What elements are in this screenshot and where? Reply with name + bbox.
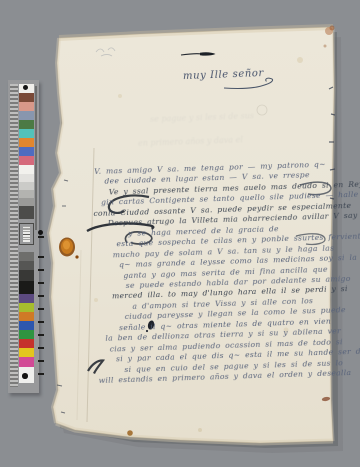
color-patch xyxy=(19,321,34,330)
color-calibration-target xyxy=(8,80,39,393)
photo-background: se pague y si les si de sus en primero a… xyxy=(0,0,360,467)
color-patch xyxy=(19,198,34,206)
color-patch xyxy=(19,206,34,219)
color-patch xyxy=(19,303,34,312)
color-patch xyxy=(19,147,34,156)
registration-dot-top xyxy=(23,85,28,90)
color-patch xyxy=(19,261,34,270)
target-side-dash xyxy=(38,308,44,310)
color-patch xyxy=(19,312,34,321)
color-patch xyxy=(19,182,34,190)
target-gap xyxy=(19,245,34,252)
target-label xyxy=(19,223,34,245)
color-patch xyxy=(19,102,34,111)
color-patch xyxy=(19,357,34,367)
color-patch xyxy=(19,252,34,261)
paper-stain-core xyxy=(63,241,70,250)
target-side-dash xyxy=(38,295,44,297)
target-side-dash xyxy=(38,373,44,375)
target-side-dash xyxy=(38,256,44,258)
foxing-spot xyxy=(198,428,202,432)
target-patch-column xyxy=(19,84,34,383)
registration-dot-bottom xyxy=(22,373,28,379)
color-patch xyxy=(19,120,34,129)
target-side-dash xyxy=(38,334,44,336)
target-side-dash xyxy=(38,360,44,362)
foxing-spot xyxy=(297,57,303,63)
bottom-edge-stain xyxy=(127,430,133,436)
target-side-dash xyxy=(38,269,44,271)
color-patch xyxy=(19,190,34,198)
color-patch xyxy=(19,281,34,294)
target-side-dash xyxy=(38,321,44,323)
color-patch xyxy=(19,294,34,303)
corner-stain xyxy=(330,26,335,31)
color-patch xyxy=(19,339,34,348)
color-patch xyxy=(19,129,34,138)
color-patch xyxy=(19,111,34,120)
registration-dot-middle xyxy=(38,230,43,235)
manuscript-body: V. mas amigo V sa. me tenga por — my pat… xyxy=(92,159,345,386)
color-patch xyxy=(19,330,34,339)
target-shadow-line xyxy=(35,86,37,230)
target-side-dash xyxy=(38,347,44,349)
stain-dot xyxy=(75,255,78,258)
target-side-dash xyxy=(38,236,44,238)
color-patch xyxy=(19,165,34,174)
target-ruler-ticks xyxy=(10,84,18,387)
color-patch xyxy=(19,156,34,165)
foxing-spot xyxy=(118,94,122,98)
target-side-dash xyxy=(38,282,44,284)
color-patch xyxy=(19,93,34,102)
color-patch xyxy=(19,174,34,182)
corner-stain xyxy=(324,45,327,48)
color-patch xyxy=(19,138,34,147)
color-patch xyxy=(19,348,34,357)
color-patch xyxy=(19,270,34,281)
